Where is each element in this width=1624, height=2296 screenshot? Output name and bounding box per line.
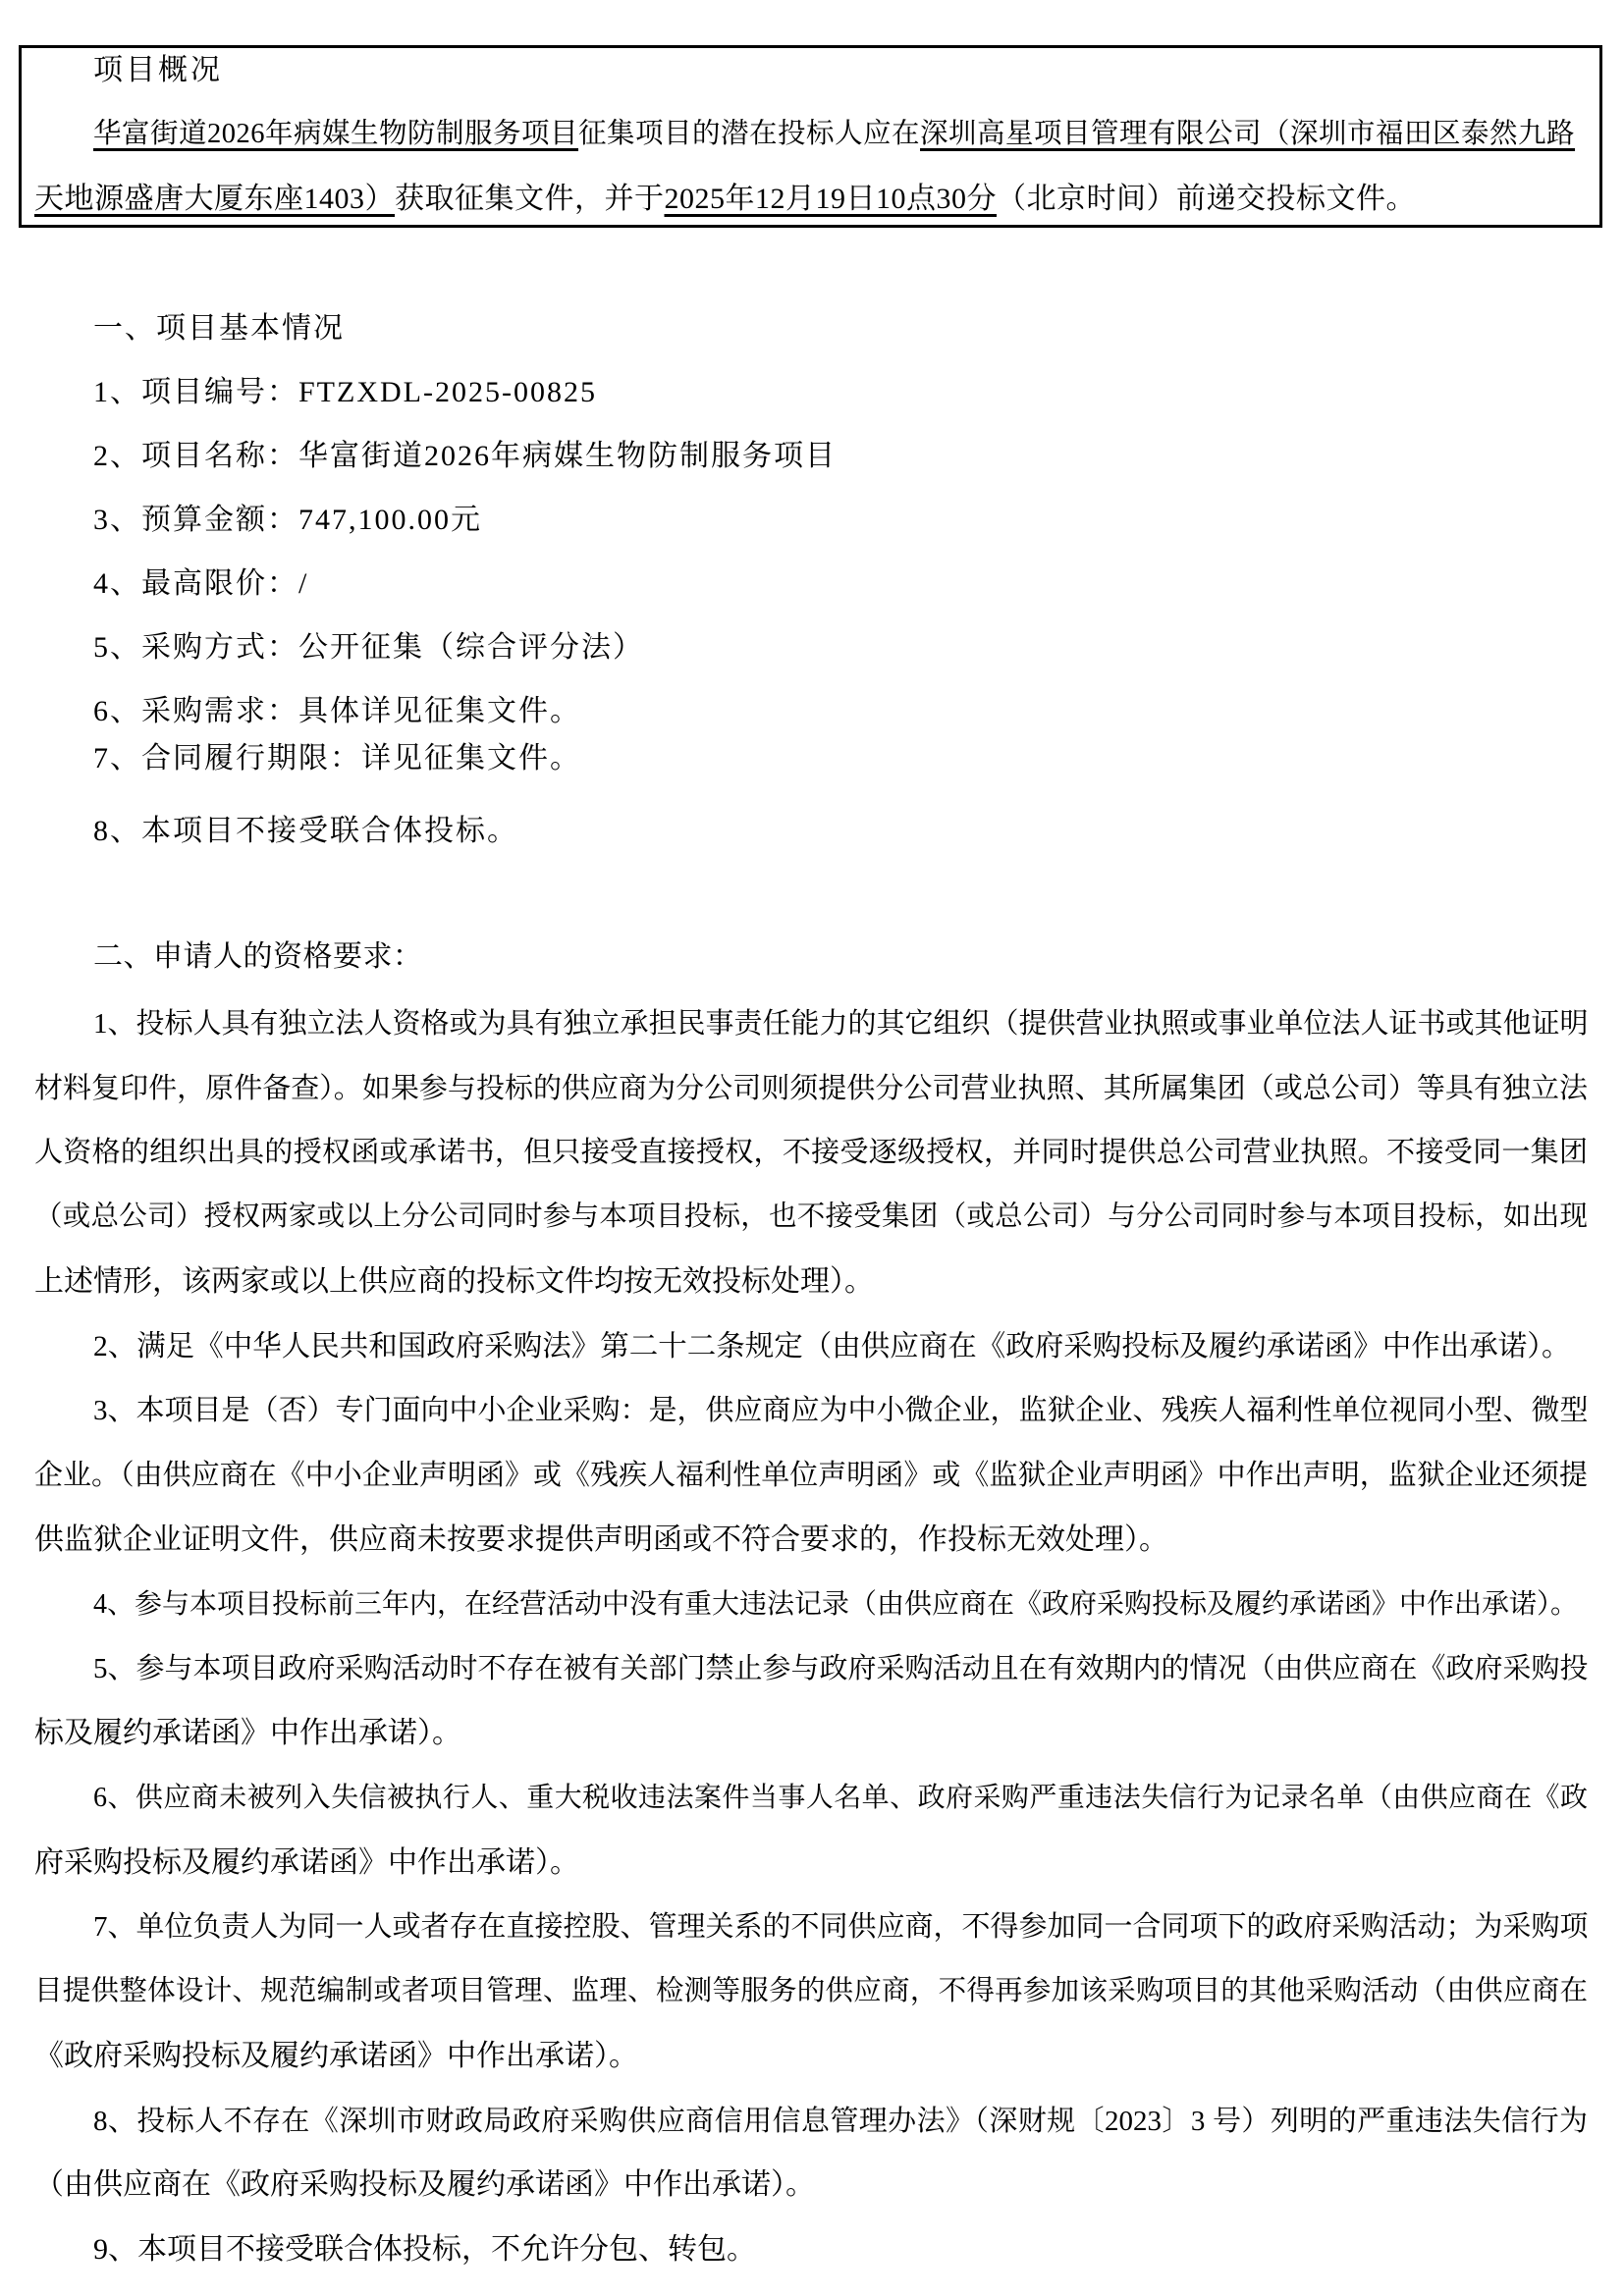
section2-paragraph-line: 2、满足《中华人民共和国政府采购法》第二十二条规定（由供应商在《政府采购投标及履…	[93, 1327, 1571, 1366]
summary-agency-address: 天地源盛唐大厦东座1403）	[34, 183, 395, 215]
section2-paragraph-line: 1、投标人具有独立法人资格或为具有独立承担民事责任能力的其它组织（提供营业执照或…	[93, 1004, 1588, 1043]
summary-deadline: 2025年12月19日10点30分	[665, 183, 998, 215]
summary-title: 项目概况	[93, 51, 223, 90]
summary-text: 获取征集文件，并于	[395, 183, 665, 215]
section2-paragraph-line: 5、参与本项目政府采购活动时不存在被有关部门禁止参与政府采购活动且在有效期内的情…	[93, 1649, 1588, 1688]
section2-paragraph-line: 人资格的组织出具的授权函或承诺书，但只接受直接授权，不接受逐级授权，并同时提供总…	[34, 1133, 1588, 1172]
section2-paragraph-line: 府采购投标及履约承诺函》中作出承诺）。	[34, 1843, 579, 1883]
section1-item: 5、采购方式：公开征集（综合评分法）	[93, 628, 644, 667]
section2-paragraph-line: 3、本项目是（否）专门面向中小企业采购：是，供应商应为中小微企业，监狱企业、残疾…	[93, 1391, 1588, 1430]
summary-project-name: 华富街道2026年病媒生物防制服务项目	[93, 119, 578, 149]
section2-paragraph-line: 9、本项目不接受联合体投标，不允许分包、转包。	[93, 2230, 756, 2269]
section2-paragraph-line: 上述情形，该两家或以上供应商的投标文件均按无效投标处理）。	[34, 1262, 874, 1302]
section2-paragraph-line: 企业。（由供应商在《中小企业声明函》或《残疾人福利性单位声明函》或《监狱企业声明…	[34, 1456, 1588, 1495]
section2-paragraph-line: 《政府采购投标及履约承诺函》中作出承诺）。	[34, 2037, 638, 2076]
section1-item: 6、采购需求：具体详见征集文件。	[93, 692, 581, 731]
section2-heading: 二、申请人的资格要求：	[93, 937, 423, 977]
section2-paragraph-line: 目提供整体设计、规范编制或者项目管理、监理、检测等服务的供应商，不得再参加该采购…	[34, 1972, 1588, 2011]
section2-paragraph-line: 供监狱企业证明文件，供应商未按要求提供声明函或不符合要求的，作投标无效处理）。	[34, 1521, 1168, 1560]
section1-heading: 一、项目基本情况	[93, 309, 345, 348]
section1-item: 4、最高限价：/	[93, 564, 308, 604]
section1-item: 2、项目名称：华富街道2026年病媒生物防制服务项目	[93, 437, 837, 476]
summary-line-2: 天地源盛唐大厦东座1403）获取征集文件，并于2025年12月19日10点30分…	[34, 180, 1416, 219]
section2-paragraph-line: 6、供应商未被列入失信被执行人、重大税收违法案件当事人名单、政府采购严重违法失信…	[93, 1779, 1588, 1818]
section2-paragraph-line: （由供应商在《政府采购投标及履约承诺函》中作出承诺）。	[34, 2165, 815, 2205]
section1-item: 8、本项目不接受联合体投标。	[93, 812, 518, 851]
section2-paragraph-line: 8、投标人不存在《深圳市财政局政府采购供应商信用信息管理办法》（深财规〔2023…	[93, 2102, 1588, 2141]
section1-item: 7、合同履行期限：详见征集文件。	[93, 739, 581, 778]
section2-paragraph-line: 4、参与本项目投标前三年内，在经营活动中没有重大违法记录（由供应商在《政府采购投…	[93, 1585, 1578, 1625]
summary-text: 征集项目的潜在投标人应在	[578, 119, 920, 149]
section1-item: 1、项目编号：FTZXDL-2025-00825	[93, 373, 597, 412]
section2-paragraph-line: 7、单位负责人为同一人或者存在直接控股、管理关系的不同供应商，不得参加同一合同项…	[93, 1907, 1588, 1947]
summary-text: （北京时间）前递交投标文件。	[997, 183, 1416, 215]
section2-paragraph-line: 标及履约承诺函》中作出承诺）。	[34, 1714, 461, 1753]
summary-agency: 深圳高星项目管理有限公司（深圳市福田区泰然九路	[920, 119, 1575, 149]
summary-line-1: 华富街道2026年病媒生物防制服务项目征集项目的潜在投标人应在深圳高星项目管理有…	[93, 115, 1578, 154]
section2-paragraph-line: （或总公司）授权两家或以上分公司同时参与本项目投标，也不接受集团（或总公司）与分…	[34, 1198, 1588, 1237]
section1-item: 3、预算金额：747,100.00元	[93, 501, 482, 540]
section2-paragraph-line: 材料复印件，原件备查）。如果参与投标的供应商为分公司则须提供分公司营业执照、其所…	[34, 1069, 1588, 1108]
